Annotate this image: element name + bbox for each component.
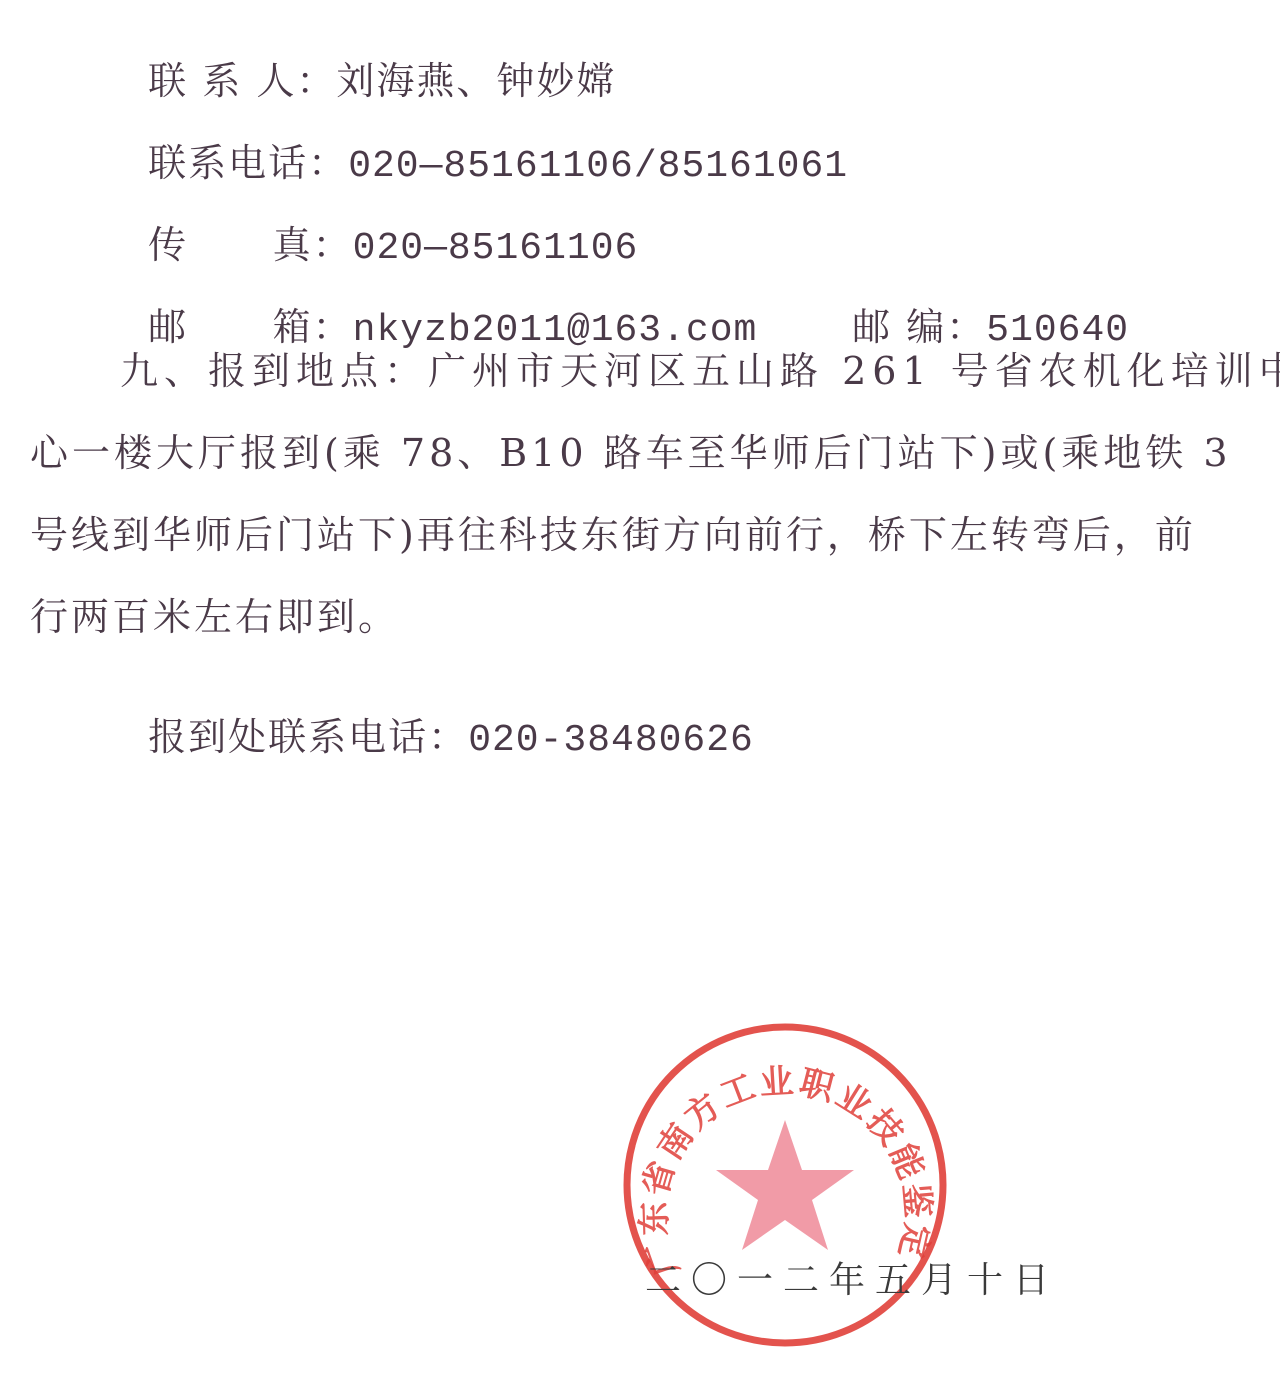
checkin-phone-value: 020-38480626 [468, 719, 754, 762]
contact-person-row: 联 系 人：刘海燕、钟妙嫦 [120, 24, 616, 100]
star-icon [716, 1120, 854, 1250]
section9-line4: 行两百米左右即到。 [30, 598, 399, 636]
contact-phone-row: 联系电话：020—85161106/85161061 [120, 106, 848, 186]
email-value: nkyzb2011@163.com [353, 309, 758, 352]
section9-line2: 心一楼大厅报到(乘 78、B10 路车至华师后门站下)或(乘地铁 3 [30, 434, 1232, 472]
fax-value: 020—85161106 [353, 227, 639, 270]
postcode-value: 510640 [986, 309, 1129, 352]
fax-label: 传 真： [148, 223, 352, 267]
postcode-label: 邮 编： [852, 305, 986, 349]
checkin-phone-label: 报到处联系电话： [148, 715, 468, 759]
document-date: 二〇一二年五月十日 [645, 1252, 1059, 1303]
checkin-phone-row: 报到处联系电话：020-38480626 [120, 680, 754, 760]
email-label: 邮 箱： [148, 305, 352, 349]
email-row: 邮 箱：nkyzb2011@163.com [120, 270, 757, 350]
fax-row: 传 真：020—85161106 [120, 188, 638, 268]
contact-person-value: 刘海燕、钟妙嫦 [336, 59, 616, 103]
section9-line3: 号线到华师后门站下)再往科技东街方向前行，桥下左转弯后，前 [30, 516, 1196, 554]
section9-line1: 九、报到地点：广州市天河区五山路 261 号省农机化培训中 [120, 352, 1280, 390]
contact-phone-value: 020—85161106/85161061 [348, 145, 848, 188]
postcode-row: 邮 编：510640 [824, 270, 1129, 350]
contact-person-label: 联 系 人： [148, 59, 336, 103]
contact-phone-label: 联系电话： [148, 141, 348, 185]
